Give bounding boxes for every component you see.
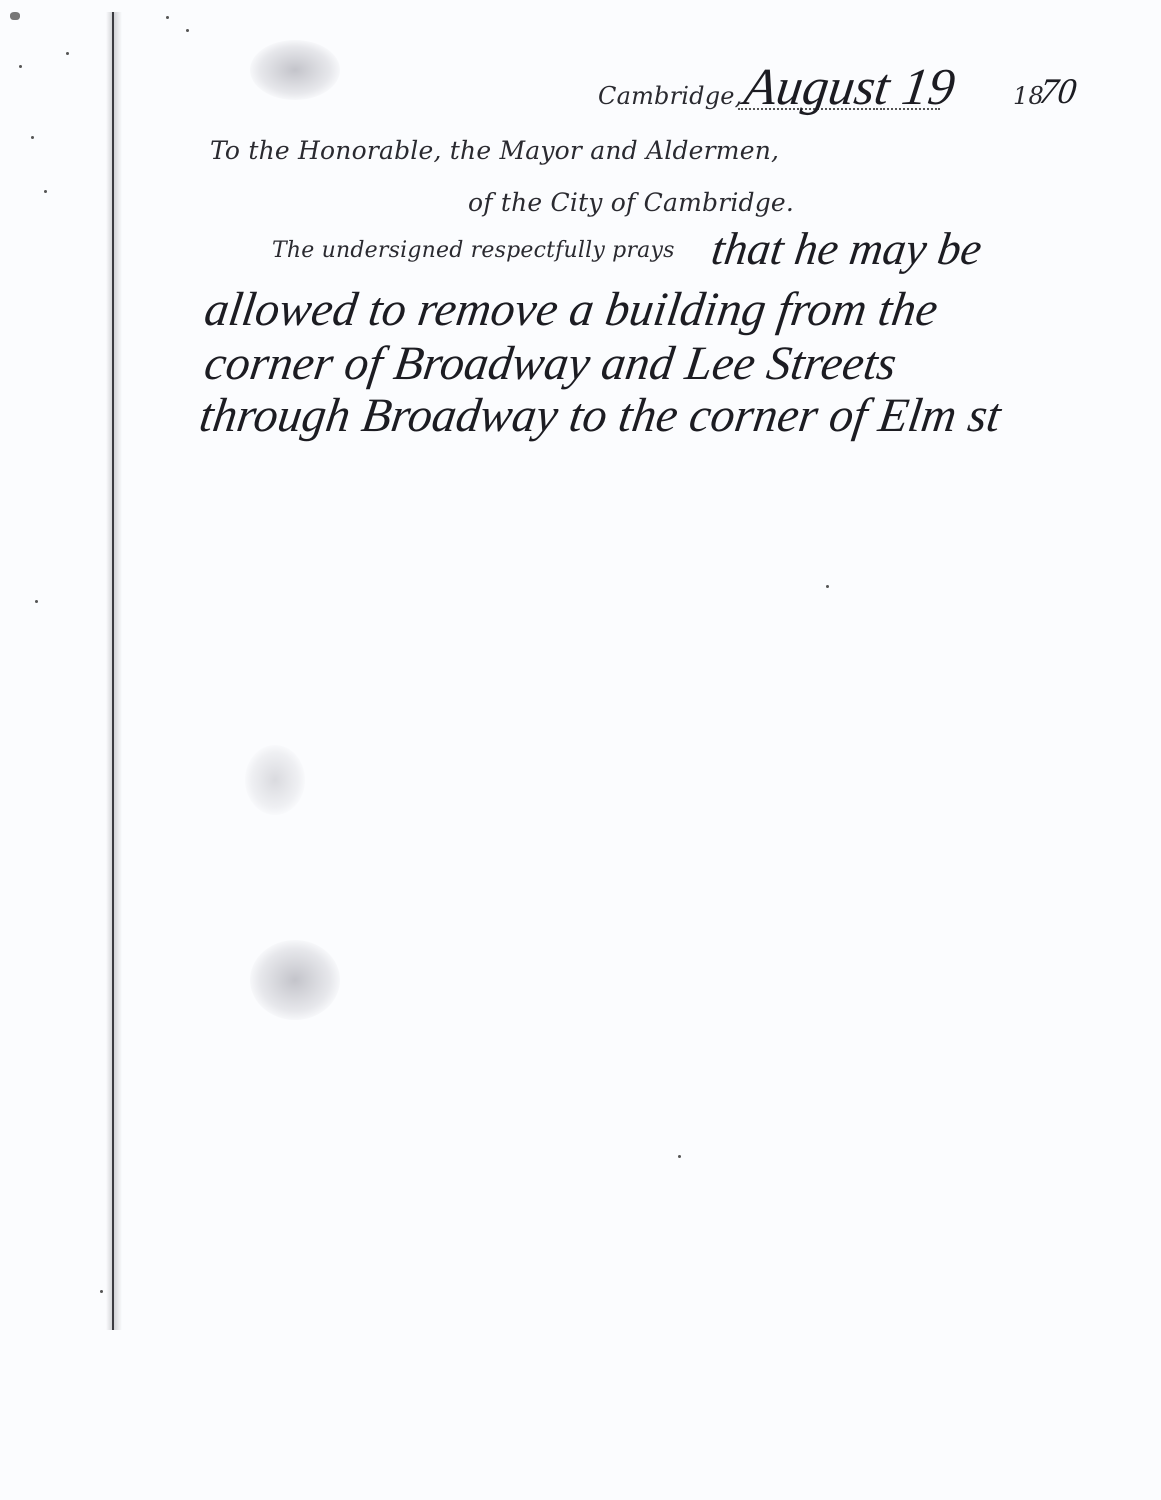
faint-mark: [245, 745, 305, 815]
document-page: Cambridge, August 19 18 70 To the Honora…: [0, 0, 1161, 1500]
printed-intro: The undersigned respectfully prays: [272, 238, 675, 263]
speck: [678, 1155, 681, 1158]
speck: [44, 190, 47, 193]
speck: [100, 1290, 103, 1293]
handwritten-line-2: allowed to remove a building from the: [201, 282, 941, 337]
speck: [166, 16, 169, 19]
speck: [826, 585, 829, 588]
speck: [186, 29, 189, 32]
address-line-1: To the Honorable, the Mayor and Aldermen…: [210, 136, 779, 165]
margin-rule: [112, 12, 114, 1330]
printed-place: Cambridge,: [598, 82, 743, 110]
address-line-2: of the City of Cambridge.: [468, 188, 794, 217]
speck: [19, 65, 22, 68]
speck: [31, 136, 34, 139]
handwritten-date: August 19: [741, 58, 959, 117]
handwritten-line-4: through Broadway to the corner of Elm st: [196, 388, 1004, 443]
speck: [66, 52, 69, 55]
speck: [35, 600, 38, 603]
handwritten-line-1: that he may be: [708, 222, 985, 275]
smudge-bottom: [250, 940, 340, 1020]
corner-mark: [10, 12, 20, 20]
handwritten-year-suffix: 70: [1037, 70, 1079, 112]
smudge-top: [250, 40, 340, 100]
handwritten-line-3: corner of Broadway and Lee Streets: [201, 336, 900, 391]
margin-shadow: [106, 12, 122, 1330]
